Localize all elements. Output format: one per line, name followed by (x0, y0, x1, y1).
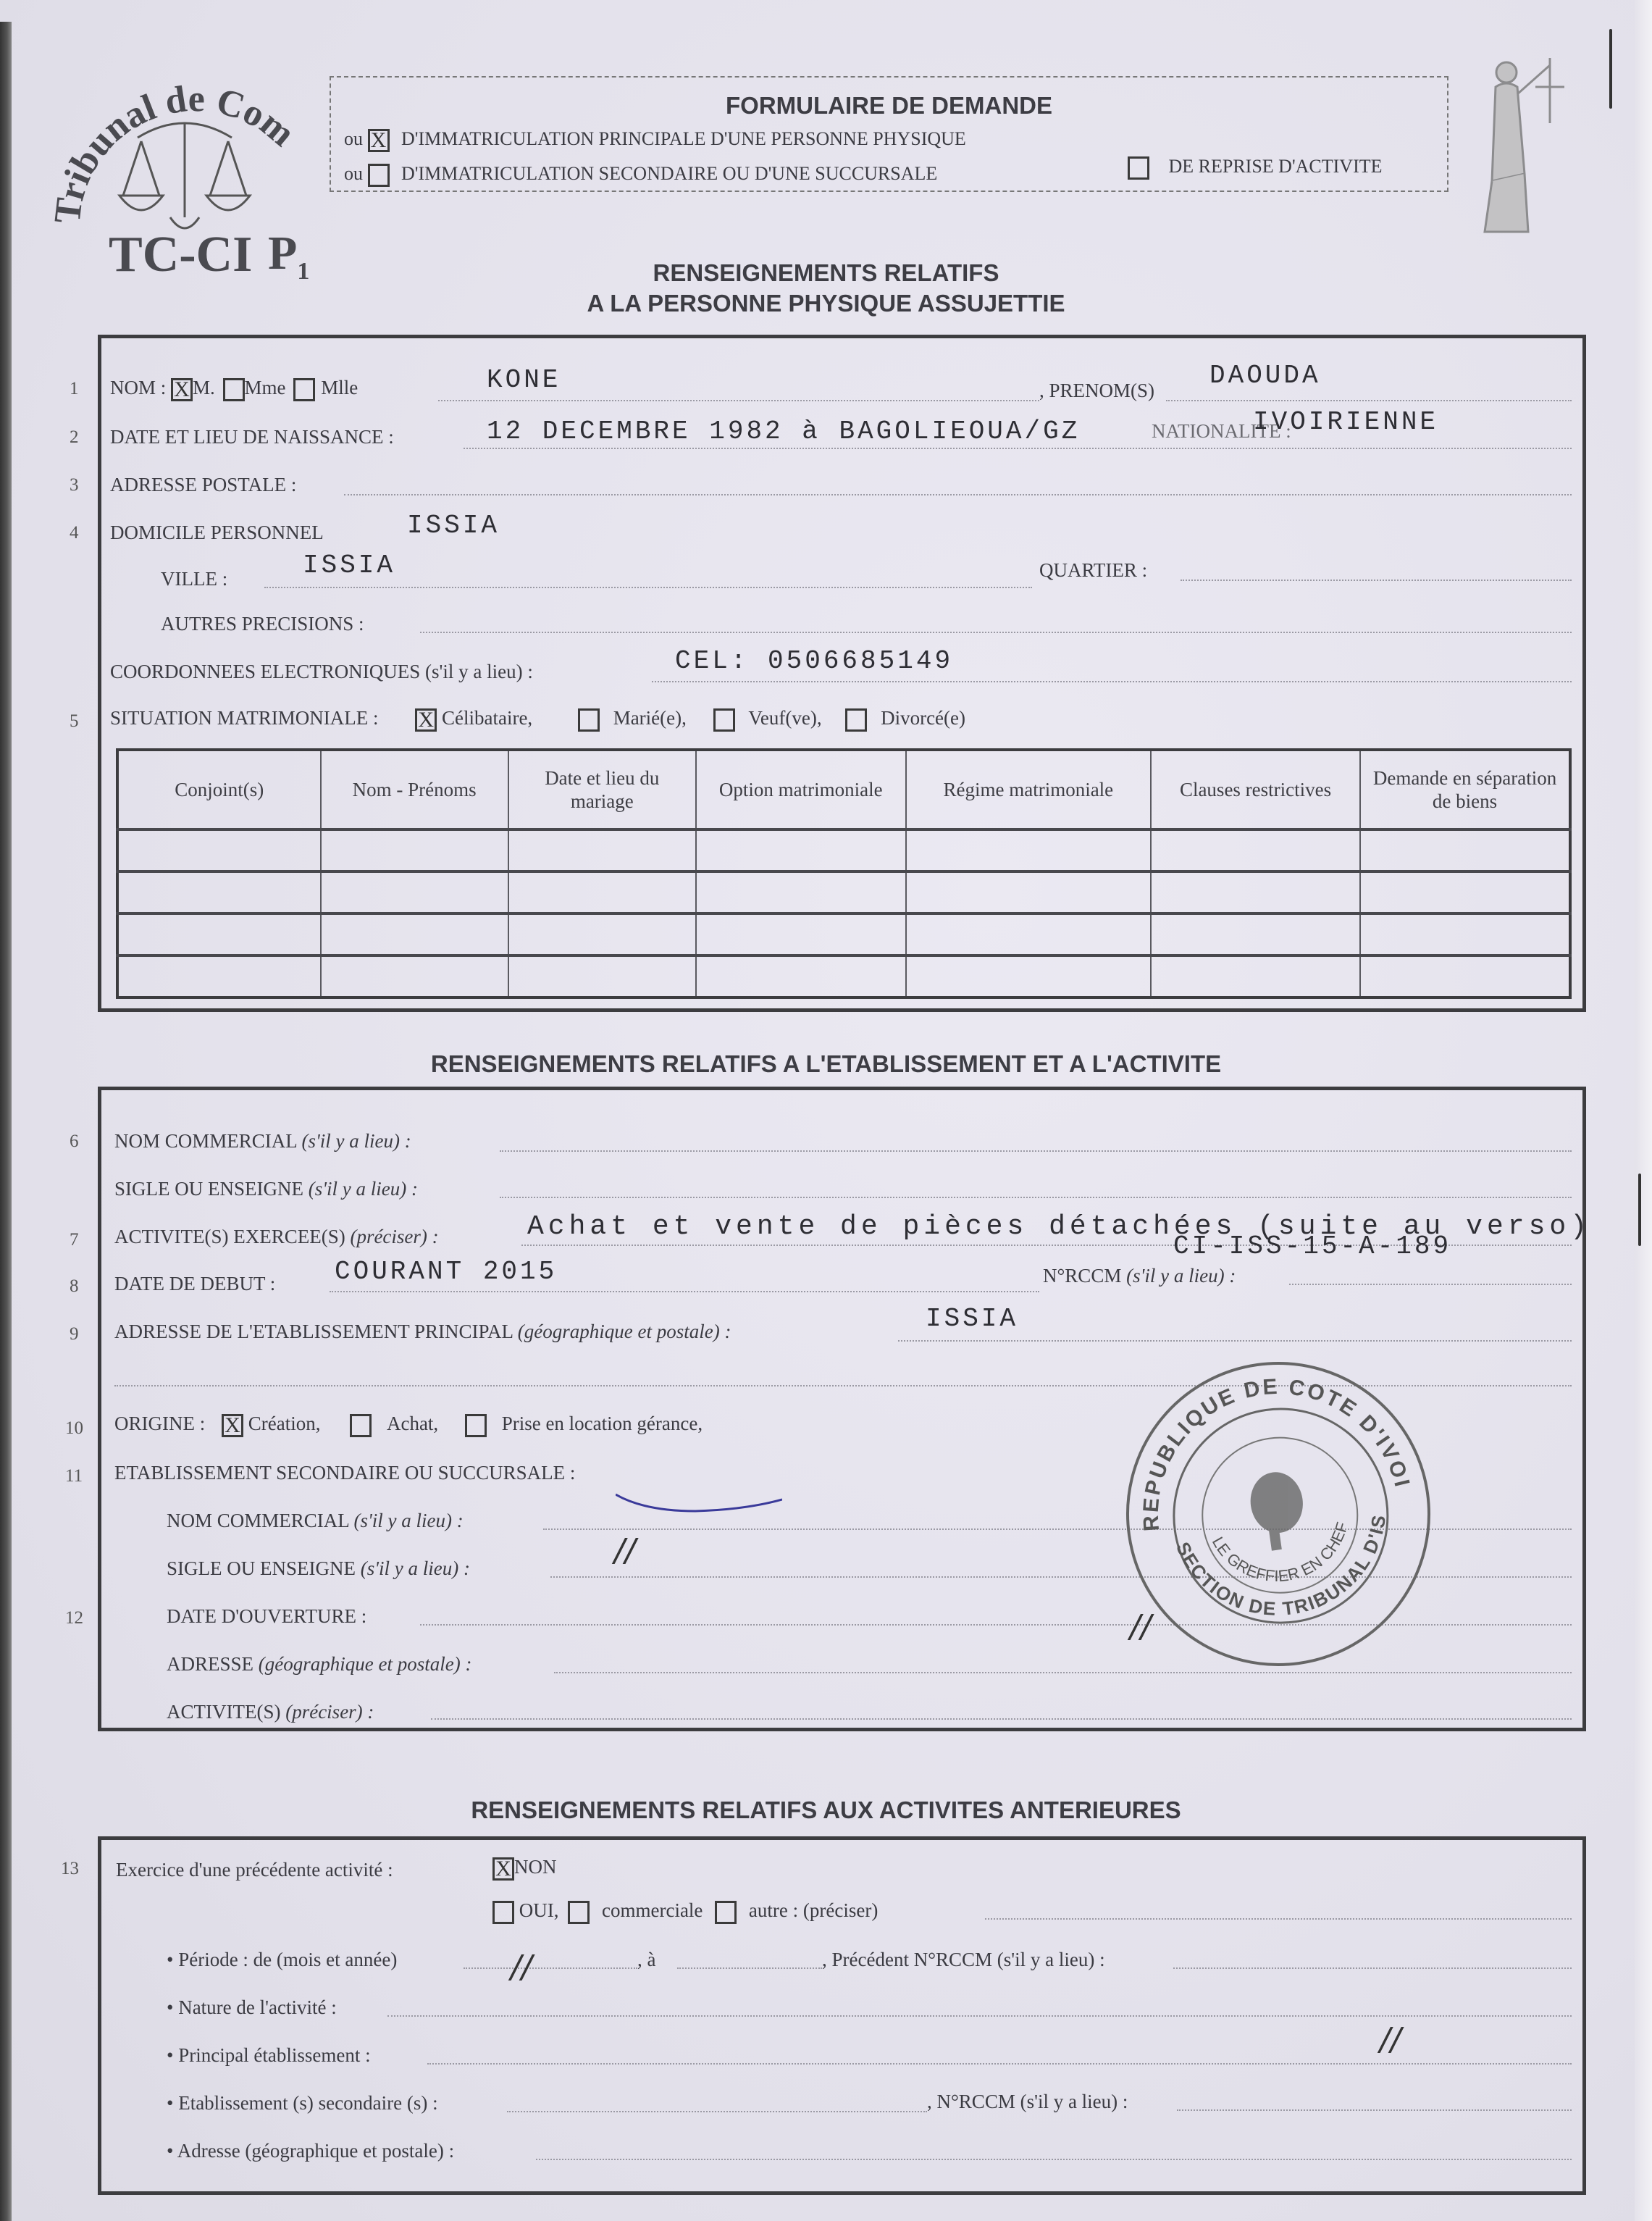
col-nom-prenoms: Nom - Prénoms (321, 750, 508, 829)
staple-mark (1609, 29, 1612, 109)
col-date-lieu-mariage: Date et lieu du mariage (508, 750, 696, 829)
col-separation-biens: Demande en séparation de biens (1360, 750, 1570, 829)
request-option-reprise[interactable]: DE REPRISE D'ACTIVITE (1128, 156, 1383, 180)
dotted-line (652, 681, 1572, 682)
col-option-matrimoniale: Option matrimoniale (696, 750, 906, 829)
checkbox-commerciale[interactable] (568, 1901, 590, 1924)
nom-value[interactable]: KONE (487, 365, 561, 395)
dotted-line (330, 1291, 1039, 1292)
checkbox-reprise[interactable] (1128, 156, 1149, 180)
section3-title: RENSEIGNEMENTS RELATIFS AUX ACTIVITES AN… (0, 1797, 1652, 1824)
sigle-label: SIGLE OU ENSEIGNE (s'il y a lieu) : (114, 1178, 418, 1200)
naissance-label: DATE ET LIEU DE NAISSANCE : (110, 426, 394, 448)
adresse-anterieure-label: • Adresse (géographique et postale) : (167, 2140, 454, 2162)
option-label: D'IMMATRICULATION SECONDAIRE OU D'UNE SU… (401, 163, 937, 184)
nom-commercial-label: NOM COMMERCIAL (s'il y a lieu) : (114, 1130, 411, 1153)
principal-value[interactable]: // (1380, 2021, 1401, 2058)
table-cell[interactable] (1360, 829, 1570, 871)
section2-title: RENSEIGNEMENTS RELATIFS A L'ETABLISSEMEN… (0, 1050, 1652, 1078)
option-prefix: ou (344, 163, 363, 184)
situation-field: SITUATION MATRIMONIALE : X Célibataire, … (110, 707, 965, 732)
checkbox-creation[interactable]: X (222, 1414, 243, 1437)
quartier-label: QUARTIER : (1039, 559, 1147, 582)
col-clauses-restrictives: Clauses restrictives (1151, 750, 1360, 829)
dotted-line (438, 400, 1039, 401)
row-number: 10 (65, 1418, 83, 1439)
secondaire-label: ETABLISSEMENT SECONDAIRE OU SUCCURSALE : (114, 1462, 575, 1484)
periode-to-label: , à (637, 1949, 655, 1971)
situation-option-label: Marié(e), (613, 707, 687, 729)
form-title: FORMULAIRE DE DEMANDE (331, 92, 1447, 120)
prenoms-value[interactable]: DAOUDA (1209, 361, 1321, 390)
row-number: 1 (70, 379, 79, 399)
table-cell[interactable] (1151, 829, 1360, 871)
row-number: 8 (70, 1276, 79, 1297)
sec-adresse-label: ADRESSE (géographique et postale) : (167, 1653, 471, 1676)
autre-preciser-field (985, 1918, 1572, 1920)
nationalite-value[interactable]: IVOIRIENNE (1253, 407, 1438, 437)
table-cell[interactable] (696, 913, 906, 955)
secondaires-rccm-field (1177, 2109, 1572, 2111)
rccm-label: N°RCCM (s'il y a lieu) : (1043, 1265, 1236, 1287)
activites-label: ACTIVITE(S) EXERCEE(S) (préciser) : (114, 1226, 439, 1248)
periode-from-field (464, 1967, 637, 1969)
table-cell[interactable] (321, 829, 508, 871)
section1-title-line2: A LA PERSONNE PHYSIQUE ASSUJETTIE (0, 290, 1652, 317)
secondaires-label: • Etablissement (s) secondaire (s) : (167, 2092, 438, 2115)
table-cell[interactable] (508, 871, 696, 913)
secondaires-field (507, 2111, 927, 2112)
request-type-box: FORMULAIRE DE DEMANDE ou X D'IMMATRICULA… (330, 76, 1448, 192)
checkbox-location-gerance[interactable] (465, 1414, 487, 1437)
table-cell[interactable] (321, 913, 508, 955)
request-option-secondaire[interactable]: ou D'IMMATRICULATION SECONDAIRE OU D'UNE… (344, 163, 937, 187)
origine-option-label: Achat, (387, 1413, 438, 1434)
col-conjoints: Conjoint(s) (117, 750, 321, 829)
table-row (117, 871, 1570, 913)
table-cell[interactable] (906, 955, 1151, 997)
origine-label: ORIGINE : (114, 1413, 205, 1434)
sec-nom-commercial-label: NOM COMMERCIAL (s'il y a lieu) : (167, 1510, 464, 1532)
sec-adresse-field (554, 1672, 1572, 1673)
table-cell[interactable] (1360, 913, 1570, 955)
option-label: D'IMMATRICULATION PRINCIPALE D'UNE PERSO… (401, 128, 966, 149)
section1-title-line1: RENSEIGNEMENTS RELATIFS (0, 259, 1652, 287)
row-number: 3 (70, 475, 79, 495)
principal-label: • Principal établissement : (167, 2044, 371, 2067)
staple-mark (1638, 1174, 1641, 1246)
row-number: 9 (70, 1324, 79, 1344)
autre-label: autre : (préciser) (749, 1899, 878, 1921)
checkbox-oui[interactable] (492, 1901, 514, 1924)
conjoints-table: Conjoint(s) Nom - Prénoms Date et lieu d… (116, 748, 1572, 999)
principal-field (427, 2063, 1572, 2065)
stamp-text: REPUBLIQUE DE COTE D'IVOIRE SECTION DE T… (1110, 1345, 1446, 1682)
naissance-value[interactable]: 12 DECEMBRE 1982 à BAGOLIEOUA/GZ (487, 417, 1080, 446)
situation-option-label: Divorcé(e) (881, 707, 965, 729)
nature-field (387, 2015, 1572, 2017)
ville-value[interactable]: ISSIA (303, 551, 395, 580)
dotted-line (464, 448, 1572, 449)
sec-sigle-label: SIGLE OU ENSEIGNE (s'il y a lieu) : (167, 1557, 470, 1580)
exercice-non: XNON (492, 1856, 557, 1881)
lady-justice-icon (1463, 43, 1579, 239)
dotted-line (898, 1340, 1572, 1342)
table-cell[interactable] (1151, 871, 1360, 913)
exercice-label: Exercice d'une précédente activité : (116, 1859, 393, 1881)
checkbox-veuf[interactable] (713, 708, 735, 732)
checkbox-celibataire[interactable]: X (415, 708, 437, 732)
table-cell[interactable] (1151, 913, 1360, 955)
civilite-label: M. (193, 377, 215, 398)
periode-to-field (677, 1967, 822, 1969)
sec-activites-field (431, 1718, 1572, 1720)
table-cell[interactable] (508, 913, 696, 955)
table-cell[interactable] (117, 871, 321, 913)
table-cell[interactable] (321, 955, 508, 997)
civilite-label: Mlle (321, 377, 358, 398)
nom-label: NOM : (110, 377, 166, 398)
precedent-rccm-field (1173, 1967, 1572, 1969)
table-row (117, 955, 1570, 997)
checkbox-marie[interactable] (578, 708, 600, 732)
sec-activites-label: ACTIVITE(S) (préciser) : (167, 1701, 374, 1723)
coordonnees-label: COORDONNEES ELECTRONIQUES (s'il y a lieu… (110, 661, 533, 683)
situation-option-label: Veuf(ve), (748, 707, 821, 729)
commerciale-label: commerciale (602, 1899, 703, 1921)
adresse-postale-field (344, 494, 1572, 495)
tribunal-logo: Tribunal de Commerce TC-CI P1 (51, 43, 326, 290)
checkbox-secondaire[interactable] (368, 164, 390, 187)
checkbox-civilite-m[interactable]: X (171, 378, 193, 401)
exercice-oui: OUI, commerciale autre : (préciser) (492, 1899, 878, 1924)
checkbox-divorce[interactable] (845, 708, 867, 732)
official-stamp: REPUBLIQUE DE COTE D'IVOIRE SECTION DE T… (1107, 1342, 1450, 1686)
precedent-rccm-label: , Précédent N°RCCM (s'il y a lieu) : (822, 1949, 1105, 1971)
rccm-value[interactable]: CI-ISS-15-A-189 (1173, 1231, 1451, 1261)
table-cell[interactable] (1360, 871, 1570, 913)
table-cell[interactable] (321, 871, 508, 913)
option-prefix: ou (344, 128, 363, 149)
dotted-line (264, 587, 1032, 588)
adresse-anterieure-field (536, 2159, 1572, 2160)
table-cell[interactable] (117, 829, 321, 871)
dotted-line (1289, 1284, 1572, 1285)
table-cell[interactable] (117, 913, 321, 955)
option-label: DE REPRISE D'ACTIVITE (1169, 156, 1383, 177)
adresse-postale-label: ADRESSE POSTALE : (110, 474, 296, 496)
table-row (117, 913, 1570, 955)
scales-of-justice-icon: Tribunal de Commerce (51, 43, 326, 246)
table-cell[interactable] (906, 871, 1151, 913)
table-cell[interactable] (117, 955, 321, 997)
elephant-emblem-icon (1246, 1469, 1309, 1553)
checkbox-principal[interactable]: X (368, 129, 390, 152)
svg-text:Tribunal de Commerce: Tribunal de Commerce (51, 43, 303, 225)
table-cell[interactable] (696, 871, 906, 913)
table-cell[interactable] (696, 955, 906, 997)
checkbox-autre[interactable] (715, 1901, 737, 1924)
nature-label: • Nature de l'activité : (167, 1996, 337, 2019)
row-number: 7 (70, 1230, 79, 1250)
row-number: 4 (70, 523, 79, 543)
scan-right-margin (1635, 0, 1652, 2221)
prenoms-label: , PRENOM(S) (1039, 380, 1154, 402)
table-cell[interactable] (906, 913, 1151, 955)
periode-from-value[interactable]: // (511, 1949, 532, 1986)
checkbox-civilite-mlle[interactable] (293, 378, 315, 401)
checkbox-non[interactable]: X (492, 1857, 514, 1881)
date-ouverture-label: DATE D'OUVERTURE : (167, 1605, 366, 1628)
checkbox-achat[interactable] (350, 1414, 372, 1437)
civilite-label: Mme (245, 377, 286, 398)
table-cell[interactable] (906, 829, 1151, 871)
sigle-field (500, 1197, 1572, 1198)
situation-label: SITUATION MATRIMONIALE : (110, 707, 378, 729)
row-number: 11 (65, 1466, 83, 1486)
situation-option-label: Célibataire, (442, 707, 532, 729)
row-number: 6 (70, 1132, 79, 1152)
periode-label: • Période : de (mois et année) (167, 1949, 397, 1971)
date-debut-label: DATE DE DEBUT : (114, 1273, 275, 1295)
adresse-principal-value[interactable]: ISSIA (926, 1304, 1018, 1334)
pen-stroke-mark (616, 1491, 782, 1520)
table-cell[interactable] (508, 955, 696, 997)
request-option-principal[interactable]: ou X D'IMMATRICULATION PRINCIPALE D'UNE … (344, 128, 966, 152)
adresse-principal-label: ADRESSE DE L'ETABLISSEMENT PRINCIPAL (gé… (114, 1321, 731, 1343)
autres-precisions-field (420, 632, 1572, 633)
nom-commercial-field (500, 1150, 1572, 1152)
row-number: 12 (65, 1608, 83, 1628)
autres-precisions-label: AUTRES PRECISIONS : (161, 613, 364, 635)
origine-option-label: Création, (248, 1413, 321, 1434)
scan-binding-edge (0, 22, 12, 2221)
table-cell[interactable] (696, 829, 906, 871)
table-cell[interactable] (1360, 955, 1570, 997)
row-number: 5 (70, 711, 79, 732)
coordonnees-value[interactable]: CEL: 0506685149 (675, 646, 953, 676)
sec-sigle-value[interactable]: // (614, 1532, 636, 1569)
col-regime-matrimoniale: Régime matrimoniale (906, 750, 1151, 829)
domicile-label: DOMICILE PERSONNEL (110, 522, 324, 544)
table-cell[interactable] (1151, 955, 1360, 997)
checkbox-civilite-mme[interactable] (223, 378, 245, 401)
domicile-value[interactable]: ISSIA (407, 511, 500, 540)
table-row (117, 829, 1570, 871)
row-number: 2 (70, 427, 79, 448)
non-label: NON (514, 1856, 557, 1878)
oui-label: OUI, (519, 1899, 559, 1921)
secondaires-rccm-label: , N°RCCM (s'il y a lieu) : (927, 2091, 1128, 2113)
quartier-field (1181, 580, 1572, 581)
dotted-line (1166, 400, 1572, 401)
ville-label: VILLE : (161, 568, 227, 590)
row-number: 13 (61, 1859, 79, 1879)
table-cell[interactable] (508, 829, 696, 871)
origine-field: ORIGINE : X Création, Achat, Prise en lo… (114, 1413, 703, 1437)
origine-option-label: Prise en location gérance, (502, 1413, 703, 1434)
date-debut-value[interactable]: COURANT 2015 (335, 1257, 557, 1287)
nom-field: NOM : XM. Mme Mlle (110, 377, 358, 401)
